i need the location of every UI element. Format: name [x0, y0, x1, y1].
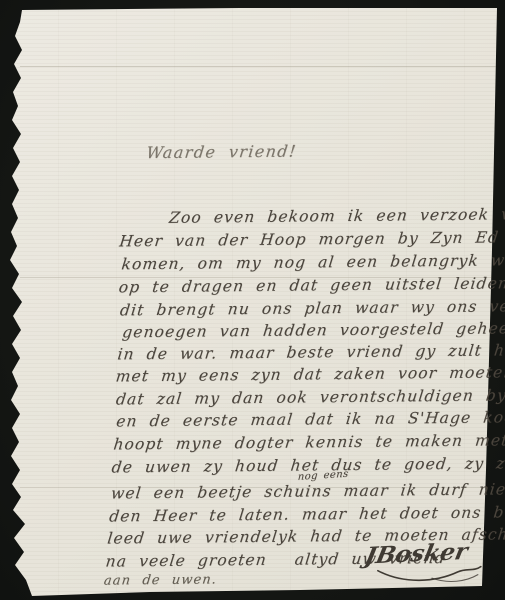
handwriting-line: dat zal my dan ook verontschuldigen by u…	[115, 386, 505, 409]
interlinear-insertion: nog eens	[297, 469, 349, 483]
handwriting-line: hoopt myne dogter kennis te maken met	[112, 431, 505, 453]
handwriting-layer: Waarde vriend! Zoo even bekoom ik een ve…	[0, 0, 505, 600]
handwriting-line: Zoo even bekoom ik een verzoek van den	[168, 205, 505, 227]
letter-salutation: Waarde vriend!	[145, 142, 298, 163]
signature-flourish-icon	[374, 564, 484, 587]
handwriting-line: Heer van der Hoop morgen by Zyn Ed te	[118, 228, 505, 250]
postscript-line: aan de uwen.	[103, 572, 218, 588]
signature-block: JBosker	[366, 540, 468, 568]
handwriting-line: den Heer te laten. maar het doet ons bei…	[108, 502, 505, 525]
handwriting-line: op te dragen en dat geen uitstel leiden …	[118, 274, 505, 297]
closing-greeting: na veele groeten	[105, 551, 268, 571]
handwriting-line: genoegen van hadden voorgesteld geheel	[121, 319, 505, 341]
handwriting-line: in de war. maar beste vriend gy zult het	[117, 341, 505, 363]
handwriting-line: wel een beetje schuins maar ik durf niet	[110, 480, 505, 502]
handwriting-line: komen, om my nog al een belangryk werk	[121, 251, 505, 273]
handwriting-line: en de eerste maal dat ik na S'Hage koom	[115, 408, 505, 430]
photo-background: Waarde vriend! Zoo even bekoom ik een ve…	[0, 0, 505, 600]
handwriting-line: dit brengt nu ons plan waar wy ons veel	[119, 297, 505, 319]
handwriting-line: met my eens zyn dat zaken voor moeten ga…	[115, 363, 505, 386]
